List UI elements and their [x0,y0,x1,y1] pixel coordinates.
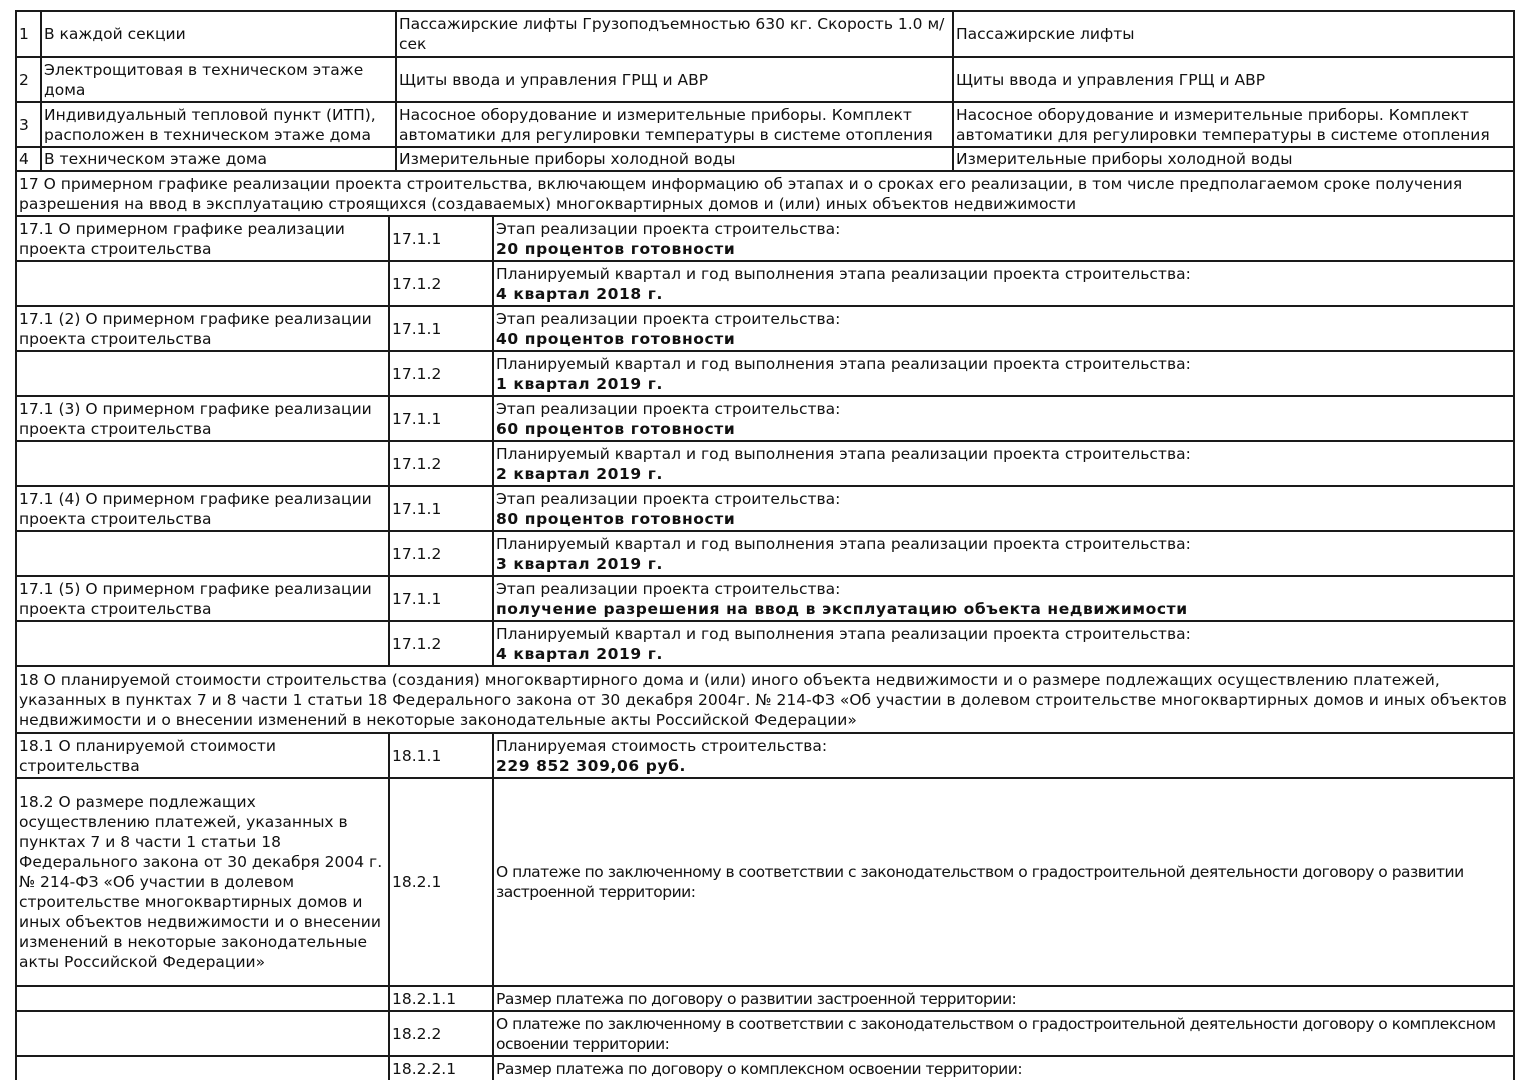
empty-cell [16,1011,389,1056]
equipment-description: Пассажирские лифты Грузоподъемностью 630… [396,11,953,57]
stage-cell: Этап реализации проекта строительства: п… [493,576,1514,621]
quarter-code: 17.1.2 [389,351,493,396]
row-number: 2 [16,57,41,102]
stage-code: 17.1.1 [389,576,493,621]
document-page: 1 В каждой секции Пассажирские лифты Гру… [0,0,1529,1080]
quarter-label: Планируемый квартал и год выполнения эта… [496,624,1511,644]
quarter-code: 17.1.2 [389,621,493,666]
empty-cell [16,441,389,486]
payment-code: 18.2.2.1 [389,1056,493,1080]
empty-cell [16,1056,389,1080]
cost-title: 18.1 О планируемой стоимости строительст… [16,733,389,778]
empty-cell [16,351,389,396]
empty-cell [16,986,389,1011]
stage-value: 80 процентов готовности [496,509,1511,529]
quarter-cell: Планируемый квартал и год выполнения эта… [493,531,1514,576]
stage-label: Этап реализации проекта строительства: [496,309,1511,329]
quarter-cell: Планируемый квартал и год выполнения эта… [493,621,1514,666]
cost-cell: Планируемая стоимость строительства: 229… [493,733,1514,778]
empty-cell [16,531,389,576]
payment-code: 18.2.1.1 [389,986,493,1011]
quarter-value: 4 квартал 2019 г. [496,644,1511,664]
stage-cell: Этап реализации проекта строительства: 6… [493,396,1514,441]
cost-code: 18.1.1 [389,733,493,778]
stage-value: 20 процентов готовности [496,239,1511,259]
quarter-label: Планируемый квартал и год выполнения эта… [496,264,1511,284]
cost-row: 18.1 О планируемой стоимости строительст… [16,733,1514,778]
equipment-purpose: Щиты ввода и управления ГРЩ и АВР [953,57,1514,102]
stage-label: Этап реализации проекта строительства: [496,399,1511,419]
stage-value: 40 процентов готовности [496,329,1511,349]
quarter-cell: Планируемый квартал и год выполнения эта… [493,351,1514,396]
empty-cell [16,261,389,306]
table-row: 3 Индивидуальный тепловой пункт (ИТП), р… [16,102,1514,147]
equipment-table: 1 В каждой секции Пассажирские лифты Гру… [15,10,1515,172]
cost-value: 229 852 309,06 руб. [496,756,1511,776]
quarter-code: 17.1.2 [389,261,493,306]
equipment-location: В каждой секции [41,11,396,57]
quarter-value: 4 квартал 2018 г. [496,284,1511,304]
stage-code: 17.1.1 [389,396,493,441]
project-info-table: 17 О примерном графике реализации проект… [15,170,1515,1080]
quarter-label: Планируемый квартал и год выполнения эта… [496,354,1511,374]
quarter-code: 17.1.2 [389,441,493,486]
payment-code: 18.2.2 [389,1011,493,1056]
payment-text: Размер платежа по договору о комплексном… [493,1056,1514,1080]
stage-title: 17.1 (4) О примерном графике реализации … [16,486,389,531]
stage-code: 17.1.1 [389,486,493,531]
quarter-row: 17.1.2 Планируемый квартал и год выполне… [16,261,1514,306]
equipment-purpose: Пассажирские лифты [953,11,1514,57]
row-number: 4 [16,147,41,171]
table-row: 1 В каждой секции Пассажирские лифты Гру… [16,11,1514,57]
stage-row: 17.1 (2) О примерном графике реализации … [16,306,1514,351]
payment-row: 18.2.2.1 Размер платежа по договору о ко… [16,1056,1514,1080]
section-18-header-row: 18 О планируемой стоимости строительства… [16,666,1514,733]
payment-text: Размер платежа по договору о развитии за… [493,986,1514,1011]
stage-code: 17.1.1 [389,306,493,351]
table-row: 2 Электрощитовая в техническом этаже дом… [16,57,1514,102]
section-17-header: 17 О примерном графике реализации проект… [16,171,1514,216]
stage-title: 17.1 (3) О примерном графике реализации … [16,396,389,441]
equipment-location: В техническом этаже дома [41,147,396,171]
payment-row: 18.2.1.1 Размер платежа по договору о ра… [16,986,1514,1011]
quarter-code: 17.1.2 [389,531,493,576]
quarter-value: 1 квартал 2019 г. [496,374,1511,394]
equipment-description: Щиты ввода и управления ГРЩ и АВР [396,57,953,102]
quarter-cell: Планируемый квартал и год выполнения эта… [493,261,1514,306]
stage-label: Этап реализации проекта строительства: [496,489,1511,509]
stage-cell: Этап реализации проекта строительства: 2… [493,216,1514,261]
row-number: 1 [16,11,41,57]
stage-value: получение разрешения на ввод в эксплуата… [496,599,1511,619]
payment-code: 18.2.1 [389,778,493,986]
stage-row: 17.1 (5) О примерном графике реализации … [16,576,1514,621]
section-18-header: 18 О планируемой стоимости строительства… [16,666,1514,733]
equipment-location: Индивидуальный тепловой пункт (ИТП), рас… [41,102,396,147]
payment-text: О платеже по заключенному в соответствии… [493,1011,1514,1056]
quarter-row: 17.1.2 Планируемый квартал и год выполне… [16,621,1514,666]
stage-code: 17.1.1 [389,216,493,261]
quarter-cell: Планируемый квартал и год выполнения эта… [493,441,1514,486]
payments-title: 18.2 О размере подлежащих осуществлению … [16,778,389,986]
stage-cell: Этап реализации проекта строительства: 8… [493,486,1514,531]
quarter-label: Планируемый квартал и год выполнения эта… [496,444,1511,464]
payment-row: 18.2 О размере подлежащих осуществлению … [16,778,1514,986]
quarter-value: 3 квартал 2019 г. [496,554,1511,574]
stage-row: 17.1 (3) О примерном графике реализации … [16,396,1514,441]
cost-label: Планируемая стоимость строительства: [496,736,1511,756]
stage-label: Этап реализации проекта строительства: [496,579,1511,599]
stage-row: 17.1 (4) О примерном графике реализации … [16,486,1514,531]
equipment-location: Электрощитовая в техническом этаже дома [41,57,396,102]
quarter-label: Планируемый квартал и год выполнения эта… [496,534,1511,554]
quarter-value: 2 квартал 2019 г. [496,464,1511,484]
stage-title: 17.1 (2) О примерном графике реализации … [16,306,389,351]
table-row: 4 В техническом этаже дома Измерительные… [16,147,1514,171]
payment-row: 18.2.2 О платеже по заключенному в соотв… [16,1011,1514,1056]
quarter-row: 17.1.2 Планируемый квартал и год выполне… [16,351,1514,396]
payment-text: О платеже по заключенному в соответствии… [493,778,1514,986]
stage-cell: Этап реализации проекта строительства: 4… [493,306,1514,351]
empty-cell [16,621,389,666]
quarter-row: 17.1.2 Планируемый квартал и год выполне… [16,531,1514,576]
equipment-description: Насосное оборудование и измерительные пр… [396,102,953,147]
section-17-header-row: 17 О примерном графике реализации проект… [16,171,1514,216]
stage-title: 17.1 (5) О примерном графике реализации … [16,576,389,621]
equipment-purpose: Насосное оборудование и измерительные пр… [953,102,1514,147]
stage-title: 17.1 О примерном графике реализации прое… [16,216,389,261]
equipment-description: Измерительные приборы холодной воды [396,147,953,171]
stage-value: 60 процентов готовности [496,419,1511,439]
stage-row: 17.1 О примерном графике реализации прое… [16,216,1514,261]
row-number: 3 [16,102,41,147]
stage-label: Этап реализации проекта строительства: [496,219,1511,239]
quarter-row: 17.1.2 Планируемый квартал и год выполне… [16,441,1514,486]
equipment-purpose: Измерительные приборы холодной воды [953,147,1514,171]
